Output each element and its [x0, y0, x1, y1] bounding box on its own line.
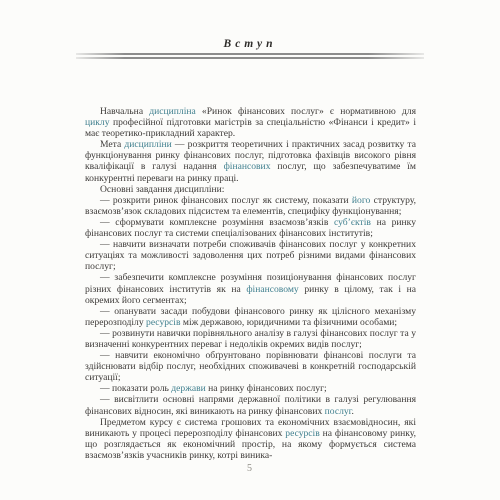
paragraph: — забезпечити комплексне розуміння позиц… [85, 272, 416, 305]
text-segment: професійної підготовки магістрів за спец… [85, 117, 416, 139]
paragraph: — висвітлити основні напрями державної п… [85, 394, 416, 416]
text-segment: . [352, 406, 354, 417]
text-segment: — розвинути навички порівняльного аналіз… [85, 328, 416, 350]
tinted-word: послуг [325, 406, 352, 417]
tinted-word: дисципліна [149, 106, 196, 117]
paragraph: — опанувати засади побудови фінансового … [85, 306, 416, 328]
paragraph: Основні завдання дисципліни: [85, 184, 416, 195]
rule-bottom-line [76, 57, 424, 59]
chapter-title: Вступ [0, 38, 500, 50]
text-segment: — сформувати комплексне розуміння взаємо… [100, 217, 334, 228]
tinted-word: держави [171, 383, 206, 394]
tinted-word: дисципліни [124, 139, 171, 150]
paragraph: — розкрити ринок фінансових послуг як си… [85, 195, 416, 217]
tinted-word: фінансових [224, 161, 271, 172]
rule-top-line [76, 53, 424, 55]
text-segment: — навчити економічно обґрунтовано порівн… [85, 350, 416, 383]
paragraph: Навчальна дисципліна «Ринок фінансових п… [85, 106, 416, 139]
text-segment: — навчити визначати потреби споживачів ф… [85, 239, 416, 272]
text-segment: — розкрити ринок фінансових послуг як си… [100, 195, 352, 206]
heading-double-rule [76, 53, 424, 59]
text-segment: на ринку фінансових послуг; [206, 383, 327, 394]
tinted-word: фінансовому [246, 284, 298, 295]
book-page: Вступ Навчальна дисципліна «Ринок фінанс… [0, 0, 500, 500]
paragraph: Предметом курсу є система грошових та ек… [85, 417, 416, 461]
text-segment: — показати роль [100, 383, 171, 394]
text-block: Навчальна дисципліна «Ринок фінансових п… [85, 106, 416, 461]
text-segment: «Ринок фінансових послуг» є нормативною … [196, 106, 416, 117]
tinted-word: суб’єктів [334, 217, 371, 228]
tinted-word: циклу [85, 117, 110, 128]
tinted-word: ресурсів [285, 428, 319, 439]
text-segment: Основні завдання дисципліни: [100, 184, 224, 195]
text-segment: Мета [100, 139, 124, 150]
paragraph: Мета дисципліни — розкриття теоретичних … [85, 139, 416, 183]
paragraph: — розвинути навички порівняльного аналіз… [85, 328, 416, 350]
tinted-word: ресурсів [146, 317, 180, 328]
paragraph: — сформувати комплексне розуміння взаємо… [85, 217, 416, 239]
page-number: 5 [0, 463, 500, 474]
paragraph: — навчити економічно обґрунтовано порівн… [85, 350, 416, 383]
text-segment: між державою, юридичними та фізичними ос… [181, 317, 398, 328]
tinted-word: його [352, 195, 370, 206]
paragraph: — показати роль держави на ринку фінансо… [85, 383, 416, 394]
text-segment: — висвітлити основні напрями державної п… [85, 394, 416, 416]
text-segment: Навчальна [100, 106, 149, 117]
paragraph: — навчити визначати потреби споживачів ф… [85, 239, 416, 272]
